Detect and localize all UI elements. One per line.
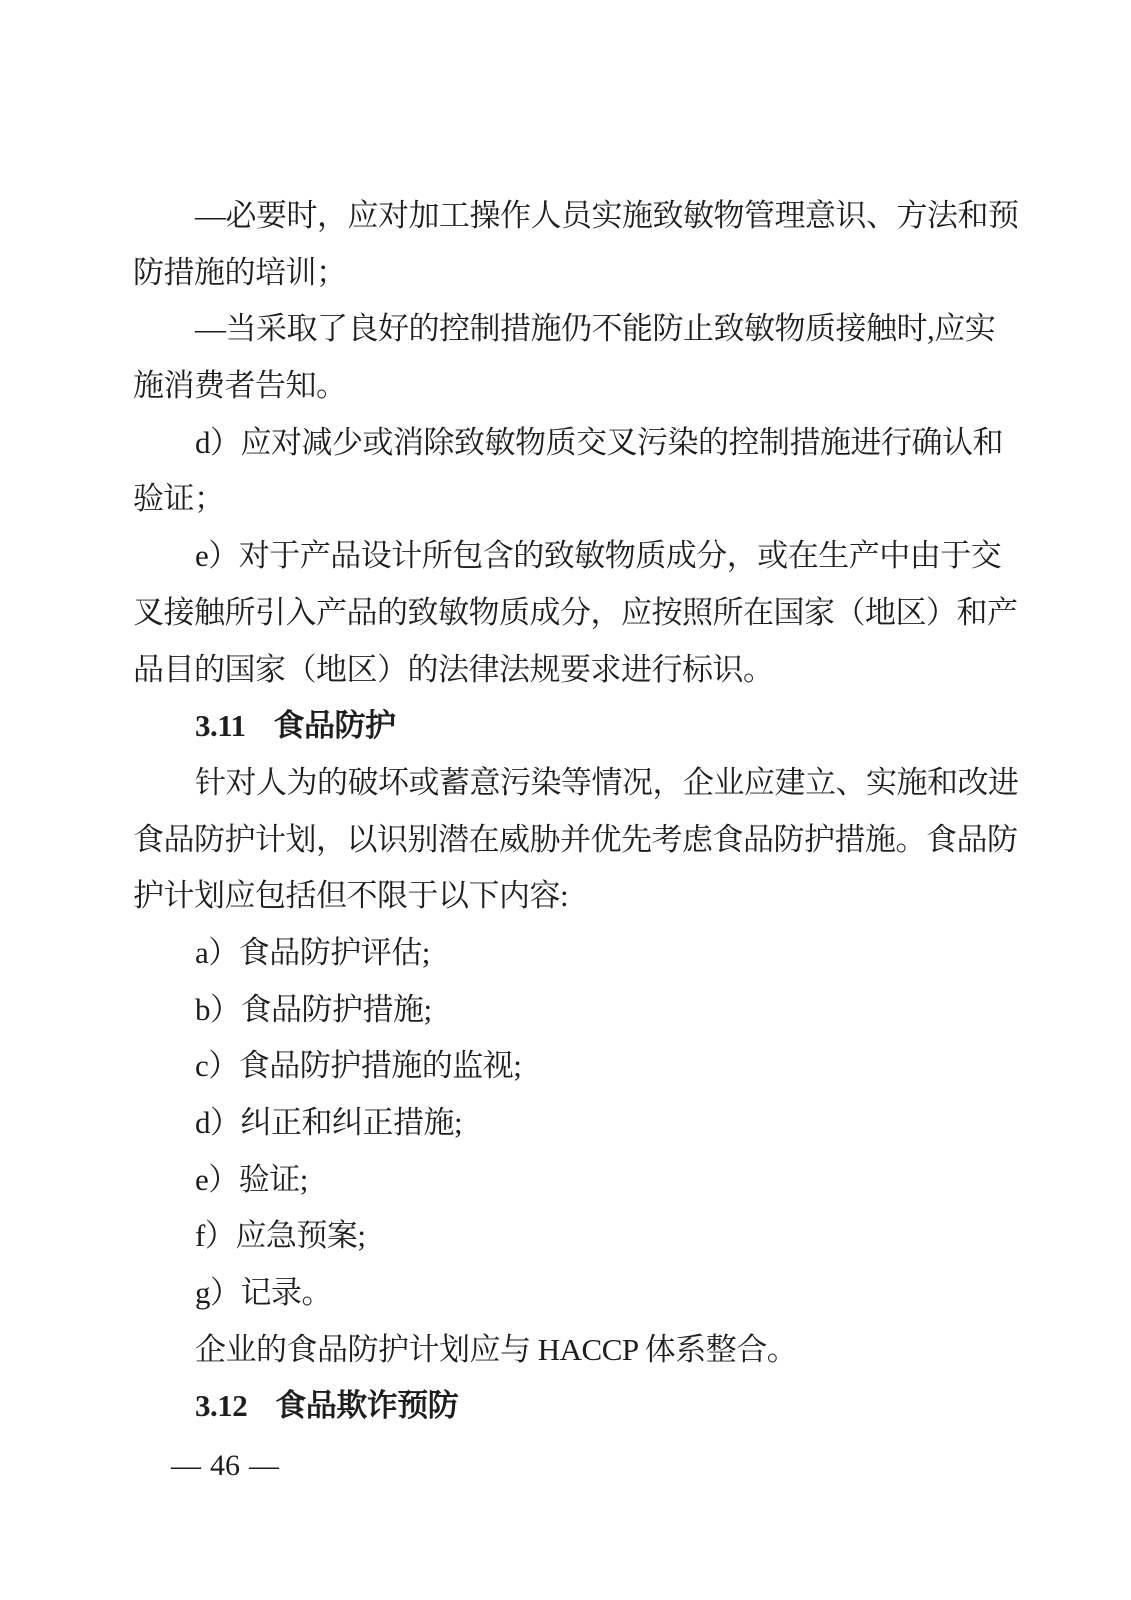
paragraph-line-food-defense-3: 护计划应包括但不限于以下内容: <box>133 868 1001 925</box>
page-number: 46 <box>210 1449 240 1482</box>
section-title-food-defense: 食品防护 <box>274 708 396 743</box>
paragraph-line-allergen-training-2: 防措施的培训； <box>133 245 1001 302</box>
paragraph-line-haccp-integration: 企业的食品防护计划应与 HACCP 体系整合。 <box>133 1322 1001 1379</box>
section-title-food-fraud-prevention: 食品欺诈预防 <box>275 1388 458 1423</box>
footer-dash-left: — <box>171 1449 201 1482</box>
paragraph-line-food-defense-1: 针对人为的破坏或蓄意污染等情况，企业应建立、实施和改进 <box>133 755 1001 812</box>
list-item-g-records: g）记录。 <box>133 1265 1001 1322</box>
list-item-b-measures: b）食品防护措施; <box>133 982 1001 1039</box>
list-item-f-emergency: f）应急预案; <box>133 1208 1001 1265</box>
paragraph-line-consumer-notice-2: 施消费者告知。 <box>133 358 1001 415</box>
section-heading-3-12: 3.12食品欺诈预防 <box>133 1378 1001 1435</box>
paragraph-line-food-defense-2: 食品防护计划，以识别潜在威胁并优先考虑食品防护措施。食品防 <box>133 812 1001 869</box>
section-number-3-11: 3.11 <box>195 708 246 743</box>
section-number-3-12: 3.12 <box>195 1388 247 1423</box>
list-item-c-monitoring: c）食品防护措施的监视; <box>133 1038 1001 1095</box>
page-footer: —46— <box>171 1448 279 1484</box>
list-item-e-labeling-3: 品目的国家（地区）的法律法规要求进行标识。 <box>133 642 1001 699</box>
section-heading-3-11: 3.11食品防护 <box>133 698 1001 755</box>
list-item-e-labeling-2: 叉接触所引入产品的致敏物质成分，应按照所在国家（地区）和产 <box>133 585 1001 642</box>
paragraph-line-allergen-training-1: —必要时，应对加工操作人员实施致敏物管理意识、方法和预 <box>133 188 1001 245</box>
document-body: —必要时，应对加工操作人员实施致敏物管理意识、方法和预 防措施的培训； —当采取… <box>133 188 1001 1435</box>
list-item-e-verification: e）验证; <box>133 1152 1001 1209</box>
document-page: —必要时，应对加工操作人员实施致敏物管理意识、方法和预 防措施的培训； —当采取… <box>0 0 1131 1600</box>
list-item-e-labeling-1: e）对于产品设计所包含的致敏物质成分，或在生产中由于交 <box>133 528 1001 585</box>
list-item-d-validation-2: 验证； <box>133 471 1001 528</box>
footer-dash-right: — <box>249 1449 279 1482</box>
list-item-d-corrections: d）纠正和纠正措施; <box>133 1095 1001 1152</box>
list-item-a-assessment: a）食品防护评估; <box>133 925 1001 982</box>
paragraph-line-consumer-notice-1: —当采取了良好的控制措施仍不能防止致敏物质接触时,应实 <box>133 301 1001 358</box>
list-item-d-validation-1: d）应对减少或消除致敏物质交叉污染的控制措施进行确认和 <box>133 415 1001 472</box>
